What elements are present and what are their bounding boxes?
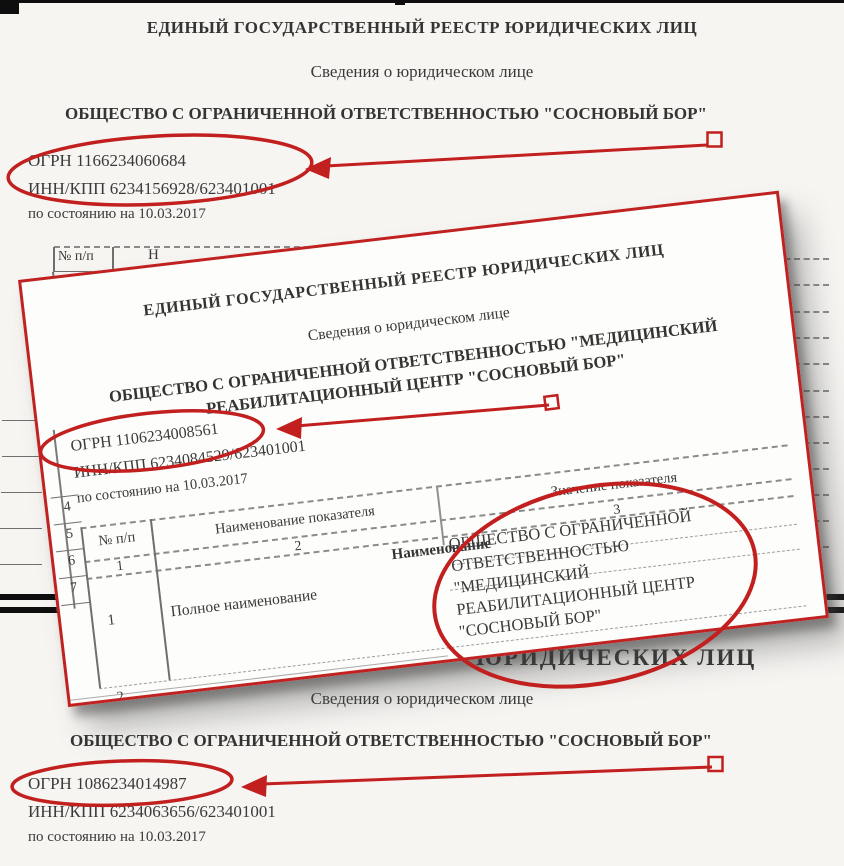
doc3-company-name: ОБЩЕСТВО С ОГРАНИЧЕННОЙ ОТВЕТСТВЕННОСТЬЮ… xyxy=(0,731,782,751)
scan-artifact-top-line xyxy=(0,0,844,3)
scanned-collage: ЕДИНЫЙ ГОСУДАРСТВЕННЫЙ РЕЕСТР ЮРИДИЧЕСКИ… xyxy=(0,0,844,866)
doc1-subtitle: Сведения о юридическом лице xyxy=(0,62,844,82)
doc2-margin-divider xyxy=(51,494,79,498)
doc3-ogrn: ОГРН 1086234014987 xyxy=(28,774,187,794)
doc2-margin-divider xyxy=(56,548,84,552)
doc2-tilted-page: ЕДИНЫЙ ГОСУДАРСТВЕННЫЙ РЕЕСТР ЮРИДИЧЕСКИ… xyxy=(18,191,829,707)
doc1-arrow-line xyxy=(326,145,707,166)
doc3-arrow-line xyxy=(262,767,712,784)
doc1-company-name: ОБЩЕСТВО С ОГРАНИЧЕННОЙ ОТВЕТСТВЕННОСТЬЮ… xyxy=(0,104,772,124)
doc2-margin-row-number: 5 xyxy=(65,526,74,543)
doc2-row-number: 1 xyxy=(91,610,133,632)
doc3-inn-kpp: ИНН/КПП 6234063656/623401001 xyxy=(28,802,276,822)
doc2-margin-row-number: 4 xyxy=(63,499,72,516)
doc1-row-divider xyxy=(1,492,42,493)
doc1-ogrn: ОГРН 1166234060684 xyxy=(28,151,186,171)
doc1-row-divider xyxy=(2,456,42,457)
doc2-margin-divider xyxy=(61,602,90,606)
doc1-row-divider xyxy=(0,528,42,529)
doc3-anchor-square xyxy=(709,757,723,771)
doc1-table-col-name-fragment: Н xyxy=(148,247,159,264)
doc2-col-num-header: № п/п xyxy=(81,527,153,552)
doc3-as-of-date: по состоянию на 10.03.2017 xyxy=(28,829,206,846)
doc2-margin-row-number: 6 xyxy=(67,553,76,570)
doc3-arrowhead xyxy=(241,775,267,797)
doc1-table-top-border xyxy=(54,246,310,248)
doc1-row-divider xyxy=(0,564,42,565)
doc1-inn-kpp: ИНН/КПП 6234156928/623401001 xyxy=(28,179,276,199)
doc2-row-label: Полное наименование xyxy=(170,586,318,621)
scan-artifact-corner xyxy=(0,0,19,14)
scan-artifact-notch xyxy=(395,0,405,5)
doc1-registry-header: ЕДИНЫЙ ГОСУДАРСТВЕННЫЙ РЕЕСТР ЮРИДИЧЕСКИ… xyxy=(0,18,844,38)
doc1-anchor-square xyxy=(708,133,722,147)
doc1-table-col-num: № п/п xyxy=(58,249,94,265)
doc2-margin-divider xyxy=(54,521,82,525)
doc2-margin-row-number: 7 xyxy=(69,580,78,597)
doc2-margin-divider xyxy=(59,575,87,579)
doc1-as-of-date: по состоянию на 10.03.2017 xyxy=(28,206,206,223)
doc1-table-cell-left xyxy=(53,247,55,272)
doc1-arrowhead xyxy=(305,157,331,179)
